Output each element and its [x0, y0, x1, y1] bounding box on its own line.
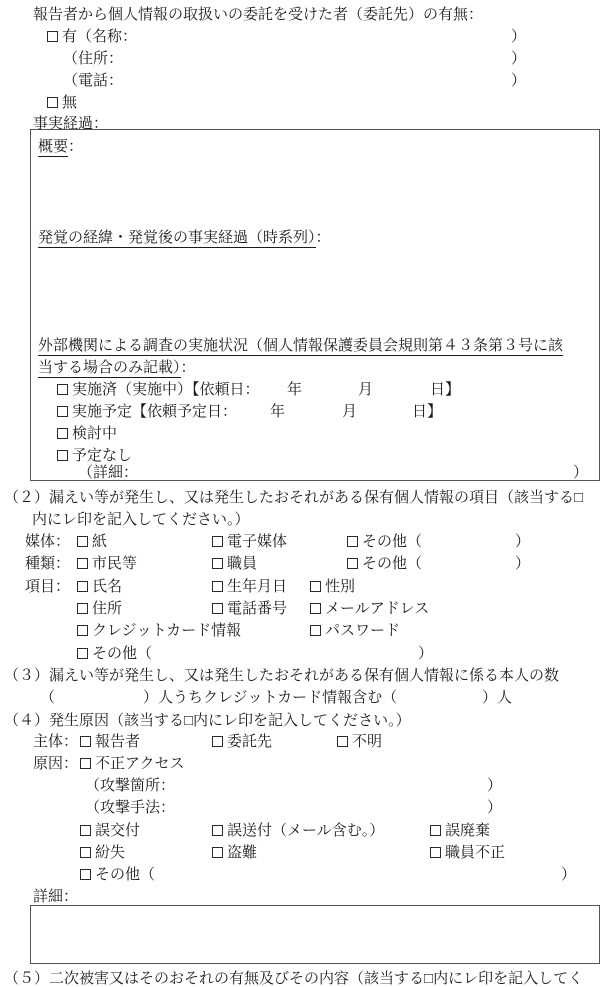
media-other-close: ）: [515, 531, 530, 553]
checkbox-survey-done-icon[interactable]: [57, 384, 68, 395]
survey-detail-close: ）: [573, 462, 588, 484]
row-survey-detail: （詳細： ）: [0, 462, 606, 484]
kind-other-field[interactable]: [412, 555, 510, 573]
sec2-heading-line2: 内にレ印を記入してください。）: [32, 509, 250, 531]
cause-other-close: ）: [561, 864, 576, 886]
row-cause-detail-label: 詳細：: [0, 886, 606, 908]
cause-loss-option: 紛失: [80, 842, 125, 864]
sec5-heading: （５）二次被害又はそのおそれの有無及びその内容（該当する□内にレ印を記入してく: [4, 968, 583, 987]
name-field[interactable]: [150, 28, 505, 46]
row-attack-method: （攻撃手法： ）: [0, 797, 606, 819]
cause-label: 原因：: [33, 753, 78, 775]
row-subject: 主体： 報告者 委託先 不明: [0, 731, 606, 753]
done-day-label: 日】: [430, 379, 460, 401]
row-delegation-heading: 報告者から個人情報の取扱いの委託を受けた者（委託先）の有無：: [0, 4, 606, 26]
cause-unauthorized-access-option: 不正アクセス: [80, 753, 185, 775]
item-other-close: ）: [418, 643, 433, 665]
survey-done-option: 実施済（実施中）【依頼日：: [57, 379, 260, 401]
row-survey-planned: 実施予定【依頼予定日： 年 月 日】: [0, 401, 606, 423]
row-sec5-heading: （５）二次被害又はそのおそれの有無及びその内容（該当する□内にレ印を記入してく: [0, 968, 606, 987]
row-discovery: 発覚の経緯・発覚後の事実経過（時系列）：: [0, 227, 606, 249]
checkbox-media-electronic-icon[interactable]: [212, 536, 223, 547]
row-items-2: 住所 電話番号 メールアドレス: [0, 598, 606, 620]
row-summary: 概要：: [0, 136, 606, 158]
person-count-field[interactable]: [56, 689, 140, 707]
checkbox-survey-planned-icon[interactable]: [57, 406, 68, 417]
addr-close-paren: ）: [511, 48, 526, 70]
delegation-yes-option: 有（名称：: [47, 26, 137, 48]
checkbox-kind-staff-icon[interactable]: [212, 558, 223, 569]
tel-close-paren: ）: [511, 70, 526, 92]
cause-wrong-disposal-option: 誤廃棄: [430, 820, 490, 842]
media-label: 媒体：: [25, 531, 70, 553]
row-cause-4: その他（ ）: [0, 864, 606, 886]
checkbox-kind-other-icon[interactable]: [347, 558, 358, 569]
checkbox-survey-none-icon[interactable]: [57, 450, 68, 461]
checkbox-cause-other-icon[interactable]: [80, 869, 91, 880]
checkbox-cause-theft-icon[interactable]: [212, 847, 223, 858]
row-delegation-address: （住所： ）: [0, 48, 606, 70]
checkbox-item-password-icon[interactable]: [310, 625, 321, 636]
checkbox-item-name-icon[interactable]: [77, 581, 88, 592]
attack-point-close: ）: [487, 775, 502, 797]
name-open-label: （名称：: [77, 29, 137, 45]
row-kind: 種類： 市民等 職員 その他（ ）: [0, 553, 606, 575]
row-survey-considering: 検討中: [0, 423, 606, 445]
checkbox-cause-wrong-delivery-icon[interactable]: [80, 825, 91, 836]
checkbox-item-address-icon[interactable]: [77, 603, 88, 614]
row-items-3: クレジットカード情報 パスワード: [0, 620, 606, 642]
item-phone-option: 電話番号: [212, 598, 287, 620]
item-name-option: 氏名: [77, 576, 122, 598]
survey-considering-option: 検討中: [57, 423, 117, 445]
row-sec2-heading1: （２）漏えい等が発生し、又は発生したおそれがある保有個人情報の項目（該当する□: [0, 487, 606, 509]
checkbox-media-paper-icon[interactable]: [77, 536, 88, 547]
row-sec3-heading: （３）漏えい等が発生し、又は発生したおそれがある保有個人情報に係る本人の数: [0, 665, 606, 687]
item-address-option: 住所: [77, 598, 122, 620]
row-survey-done: 実施済（実施中）【依頼日： 年 月 日】: [0, 379, 606, 401]
row-cause-1: 原因： 不正アクセス: [0, 753, 606, 775]
cause-staff-fraud-option: 職員不正: [430, 842, 505, 864]
subject-unknown-option: 不明: [337, 731, 382, 753]
media-other-field[interactable]: [412, 533, 510, 551]
checkbox-media-other-icon[interactable]: [347, 536, 358, 547]
item-other-option: その他（: [77, 643, 152, 665]
address-field[interactable]: [125, 50, 505, 68]
summary-heading: 概要：: [38, 136, 83, 158]
cause-other-field[interactable]: [146, 866, 556, 884]
count-open: （: [40, 687, 55, 709]
sec3-heading: （３）漏えい等が発生し、又は発生したおそれがある保有個人情報に係る本人の数: [4, 665, 559, 687]
checkbox-no-icon[interactable]: [47, 97, 58, 108]
done-month-label: 月: [358, 379, 373, 401]
checkbox-item-birthdate-icon[interactable]: [212, 581, 223, 592]
kind-other-option: その他（: [347, 553, 422, 575]
checkbox-item-credit-card-icon[interactable]: [77, 625, 88, 636]
row-cause-2: 誤交付 誤送付（メール含む。） 誤廃棄: [0, 820, 606, 842]
cause-other-option: その他（: [80, 864, 155, 886]
discovery-heading: 発覚の経緯・発覚後の事実経過（時系列）：: [38, 227, 331, 249]
delegation-heading: 報告者から個人情報の取扱いの委託を受けた者（委託先）の有無：: [33, 4, 483, 26]
planned-day-label: 日】: [412, 401, 442, 423]
row-external-2: 当する場合のみ記載）：: [0, 357, 606, 379]
external-colon: ：: [181, 360, 196, 376]
kind-staff-option: 職員: [212, 553, 257, 575]
item-gender-option: 性別: [310, 576, 355, 598]
planned-month-label: 月: [342, 401, 357, 423]
cause-wrong-sending-option: 誤送付（メール含む。）: [212, 820, 384, 842]
checkbox-survey-considering-icon[interactable]: [57, 428, 68, 439]
row-delegation-phone: （電話： ）: [0, 70, 606, 92]
checkbox-cause-loss-icon[interactable]: [80, 847, 91, 858]
checkbox-cause-staff-fraud-icon[interactable]: [430, 847, 441, 858]
delegation-no-option: 無: [47, 92, 77, 114]
checkbox-cause-wrong-sending-icon[interactable]: [212, 825, 223, 836]
attack-point-open: （攻撃箇所：: [85, 775, 175, 797]
checkbox-subject-reporter-icon[interactable]: [80, 736, 91, 747]
attack-method-open: （攻撃手法：: [85, 797, 175, 819]
media-electronic-option: 電子媒体: [212, 531, 287, 553]
row-media: 媒体： 紙 電子媒体 その他（ ）: [0, 531, 606, 553]
name-close-paren: ）: [511, 26, 526, 48]
row-sec3-counts: （ ）人 うちクレジットカード情報含む（ ）人: [0, 687, 606, 709]
sec4-heading: （４）発生原因（該当する□内にレ印を記入してください。）: [4, 710, 411, 732]
discovery-label: 発覚の経緯・発覚後の事実経過（時系列）: [38, 230, 316, 248]
yes-label: 有: [62, 29, 77, 45]
summary-label: 概要: [38, 139, 68, 157]
checkbox-subject-consignee-icon[interactable]: [212, 736, 223, 747]
row-sec4-heading: （４）発生原因（該当する□内にレ印を記入してください。）: [0, 710, 606, 732]
credit-count-field[interactable]: [405, 689, 479, 707]
checkbox-item-email-icon[interactable]: [310, 603, 321, 614]
subject-consignee-option: 委託先: [212, 731, 272, 753]
attack-method-field[interactable]: [180, 799, 482, 817]
checkbox-item-gender-icon[interactable]: [310, 581, 321, 592]
checkbox-cause-unauthorized-access-icon[interactable]: [80, 758, 91, 769]
checkbox-yes-icon[interactable]: [47, 31, 58, 42]
credit-count-label: うちクレジットカード情報含む（: [173, 687, 397, 709]
discovery-colon: ：: [316, 230, 331, 246]
checkbox-item-phone-icon[interactable]: [212, 603, 223, 614]
subject-label: 主体：: [33, 731, 78, 753]
item-password-option: パスワード: [310, 620, 400, 642]
count-close: ）人: [143, 687, 173, 709]
checkbox-item-other-icon[interactable]: [77, 648, 88, 659]
item-email-option: メールアドレス: [310, 598, 429, 620]
media-paper-option: 紙: [77, 531, 107, 553]
planned-year-label: 年: [270, 401, 285, 423]
summary-colon: ：: [68, 139, 83, 155]
checkbox-cause-wrong-disposal-icon[interactable]: [430, 825, 441, 836]
item-credit-card-option: クレジットカード情報: [77, 620, 241, 642]
external-heading-line1: 外部機関による調査の実施状況（個人情報保護委員会規則第４３条第３号に該: [38, 335, 563, 357]
credit-count-close: ）人: [482, 687, 512, 709]
attack-method-close: ）: [487, 797, 502, 819]
tel-open-label: （電話：: [63, 70, 123, 92]
kind-other-close: ）: [515, 553, 530, 575]
cause-detail-box[interactable]: [30, 905, 600, 964]
cause-detail-label: 詳細：: [33, 886, 78, 908]
item-birthdate-option: 生年月日: [212, 576, 287, 598]
row-facts-label: 事実経過：: [0, 113, 606, 135]
media-other-option: その他（: [347, 531, 422, 553]
attack-point-field[interactable]: [180, 777, 482, 795]
survey-detail-field[interactable]: [140, 464, 568, 482]
cause-theft-option: 盗難: [212, 842, 257, 864]
row-delegation-yes: 有（名称： ）: [0, 26, 606, 48]
sec2-heading-line1: （２）漏えい等が発生し、又は発生したおそれがある保有個人情報の項目（該当する□: [4, 487, 583, 509]
survey-detail-open: （詳細：: [78, 462, 138, 484]
row-items-4: その他（ ）: [0, 643, 606, 665]
no-label: 無: [62, 95, 77, 111]
survey-planned-option: 実施予定【依頼予定日：: [57, 401, 237, 423]
external-heading-line2: 当する場合のみ記載）：: [38, 357, 196, 379]
subject-reporter-option: 報告者: [80, 731, 140, 753]
row-external-1: 外部機関による調査の実施状況（個人情報保護委員会規則第４３条第３号に該: [0, 335, 606, 357]
item-label: 項目：: [25, 576, 70, 598]
row-attack-point: （攻撃箇所： ）: [0, 775, 606, 797]
facts-label: 事実経過：: [33, 113, 108, 135]
kind-citizen-option: 市民等: [77, 553, 137, 575]
addr-open-label: （住所：: [63, 48, 123, 70]
row-items-1: 項目： 氏名 生年月日 性別: [0, 576, 606, 598]
cause-wrong-delivery-option: 誤交付: [80, 820, 140, 842]
phone-field[interactable]: [125, 72, 505, 90]
done-year-label: 年: [287, 379, 302, 401]
checkbox-subject-unknown-icon[interactable]: [337, 736, 348, 747]
checkbox-kind-citizen-icon[interactable]: [77, 558, 88, 569]
kind-label: 種類：: [25, 553, 70, 575]
leak-report-form: 報告者から個人情報の取扱いの委託を受けた者（委託先）の有無： 有（名称： ） （…: [0, 0, 606, 987]
item-other-field[interactable]: [142, 645, 412, 663]
row-delegation-no: 無: [0, 92, 606, 114]
row-cause-3: 紛失 盗難 職員不正: [0, 842, 606, 864]
row-sec2-heading2: 内にレ印を記入してください。）: [0, 509, 606, 531]
